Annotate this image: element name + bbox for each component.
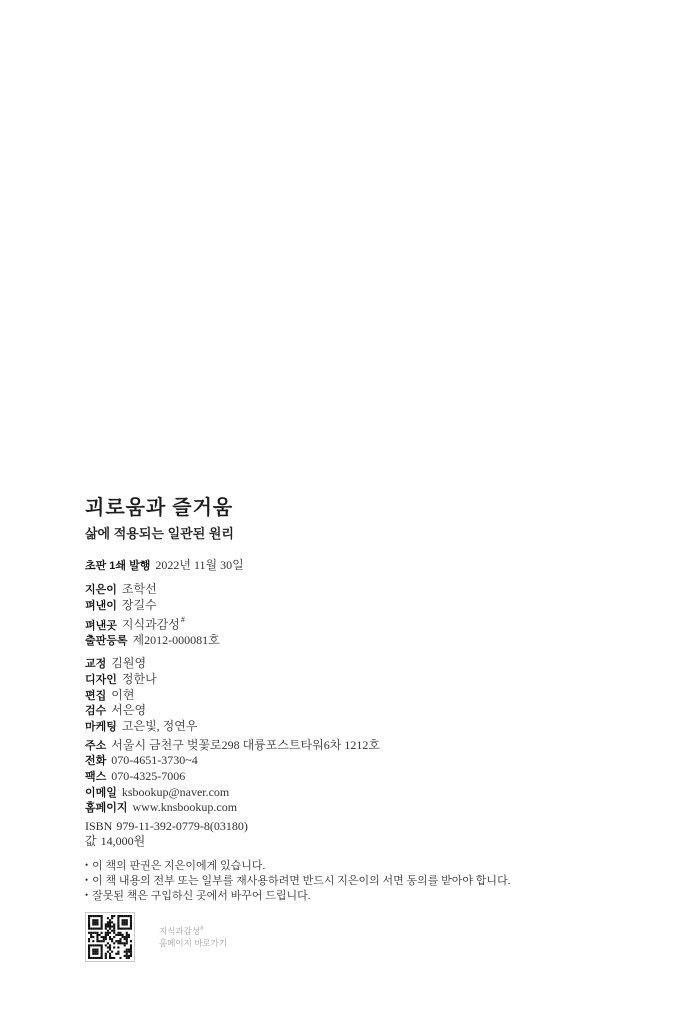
- field-label: 홈페이지: [85, 802, 128, 814]
- qr-caption-mark: #: [200, 926, 203, 932]
- isbn-label: ISBN: [85, 819, 112, 833]
- email-row: 이메일ksbookup@naver.com: [85, 785, 645, 801]
- notice-text: 이 책 내용의 전부 또는 일부를 재사용하려면 반드시 지은이의 서면 동의를…: [92, 875, 510, 887]
- isbn-row: ISBN979-11-392-0779-8(03180): [85, 819, 645, 834]
- qr-caption-line2: 홈페이지 바로가기: [159, 937, 227, 950]
- contact-block: 주소서울시 금천구 벚꽃로298 대륭포스트타워6차 1212호 전화070-4…: [85, 738, 645, 817]
- field-label: 출판등록: [85, 635, 128, 647]
- field-value: 정한나: [122, 672, 157, 686]
- field-value: 이현: [111, 688, 134, 702]
- field-label: 지은이: [85, 584, 117, 596]
- email-value: ksbookup@naver.com: [122, 785, 229, 799]
- field-label: 디자인: [85, 674, 117, 686]
- field-value: 서울시 금천구 벚꽃로298 대륭포스트타워6차 1212호: [111, 738, 380, 752]
- edition-label: 초판 1쇄 발행: [85, 560, 150, 572]
- price-row: 값14,000원: [85, 834, 645, 849]
- field-value: 070-4651-3730~4: [111, 753, 197, 767]
- field-value: 고은빛, 정연우: [122, 719, 198, 733]
- notice-text: 이 책의 판권은 지은이에게 있습니다.: [92, 860, 265, 872]
- notice-item: •이 책의 판권은 지은이에게 있습니다.: [85, 858, 645, 873]
- colophon-content: 괴로움과 즐거움 삶에 적용되는 일관된 원리 초판 1쇄 발행2022년 11…: [85, 497, 645, 962]
- phone-row: 전화070-4651-3730~4: [85, 753, 645, 769]
- design-row: 디자인정한나: [85, 672, 645, 688]
- field-value: 장길수: [122, 598, 157, 612]
- bullet-icon: •: [85, 860, 88, 870]
- edition-value: 2022년 11월 30일: [155, 558, 243, 572]
- isbn-value: 979-11-392-0779-8(03180): [116, 819, 248, 833]
- homepage-row: 홈페이지www.knsbookup.com: [85, 800, 645, 816]
- notices-block: •이 책의 판권은 지은이에게 있습니다. •이 책 내용의 전부 또는 일부를…: [85, 858, 645, 903]
- field-label: 주소: [85, 740, 106, 752]
- address-row: 주소서울시 금천구 벚꽃로298 대륭포스트타워6차 1212호: [85, 738, 645, 754]
- field-label: 이메일: [85, 787, 117, 799]
- qr-caption-line1: 지식과감성#: [159, 923, 227, 938]
- notice-text: 잘못된 책은 구입하신 곳에서 바꾸어 드립니다.: [92, 890, 310, 902]
- field-label: 교정: [85, 658, 106, 670]
- fax-row: 팩스070-4325-7006: [85, 769, 645, 785]
- notice-item: •이 책 내용의 전부 또는 일부를 재사용하려면 반드시 지은이의 서면 동의…: [85, 873, 645, 888]
- qr-code: [85, 912, 135, 962]
- notice-item: •잘못된 책은 구입하신 곳에서 바꾸어 드립니다.: [85, 888, 645, 903]
- publisher-person-row: 펴낸이장길수: [85, 598, 645, 614]
- qr-caption: 지식과감성# 홈페이지 바로가기: [159, 923, 227, 951]
- field-label: 팩스: [85, 771, 106, 783]
- edition-line: 초판 1쇄 발행2022년 11월 30일: [85, 557, 645, 574]
- field-value: 지식과감성: [122, 618, 180, 632]
- field-label: 펴낸이: [85, 600, 117, 612]
- field-value: 서은영: [111, 703, 146, 717]
- field-label: 마케팅: [85, 721, 117, 733]
- publisher-company-row: 펴낸곳지식과감성#: [85, 613, 645, 633]
- homepage-value: www.knsbookup.com: [133, 800, 238, 814]
- price-label: 값: [85, 834, 97, 848]
- registration-row: 출판등록제2012-000081호: [85, 633, 645, 649]
- review-row: 검수서은영: [85, 703, 645, 719]
- publisher-mark: #: [181, 615, 185, 624]
- editing-row: 편집이현: [85, 688, 645, 704]
- field-label: 펴낸곳: [85, 620, 117, 632]
- bullet-icon: •: [85, 890, 88, 900]
- colophon-page: 괴로움과 즐거움 삶에 적용되는 일관된 원리 초판 1쇄 발행2022년 11…: [0, 0, 691, 1024]
- book-subtitle: 삶에 적용되는 일관된 원리: [85, 526, 645, 541]
- publication-block: 지은이조학선 펴낸이장길수 펴낸곳지식과감성# 출판등록제2012-000081…: [85, 582, 645, 649]
- field-label: 편집: [85, 690, 106, 702]
- isbn-block: ISBN979-11-392-0779-8(03180) 값14,000원: [85, 819, 645, 848]
- field-value: 070-4325-7006: [111, 769, 185, 783]
- author-row: 지은이조학선: [85, 582, 645, 598]
- proofreading-row: 교정김원영: [85, 656, 645, 672]
- qr-code-image: [88, 915, 132, 959]
- marketing-row: 마케팅고은빛, 정연우: [85, 719, 645, 735]
- qr-section: 지식과감성# 홈페이지 바로가기: [85, 912, 645, 962]
- field-label: 검수: [85, 705, 106, 717]
- field-value: 제2012-000081호: [133, 633, 220, 647]
- field-value: 김원영: [111, 656, 146, 670]
- staff-block: 교정김원영 디자인정한나 편집이현 검수서은영 마케팅고은빛, 정연우: [85, 656, 645, 735]
- book-title: 괴로움과 즐거움: [85, 497, 645, 519]
- field-value: 조학선: [122, 582, 157, 596]
- bullet-icon: •: [85, 875, 88, 885]
- price-value: 14,000원: [101, 834, 146, 848]
- field-label: 전화: [85, 755, 106, 767]
